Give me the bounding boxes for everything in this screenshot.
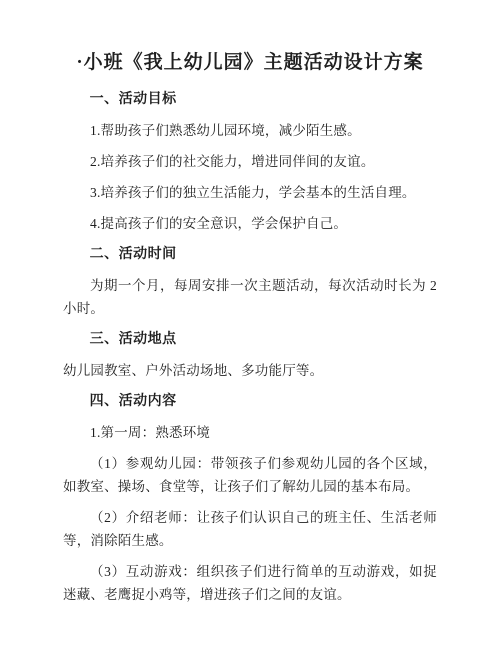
paragraph-goal-3: 3.培养孩子们的独立生活能力，学会基本的生活自理。 (63, 181, 437, 204)
document-title: ·小班《我上幼儿园》主题活动设计方案 (63, 50, 437, 76)
paragraph-week1-item-1: （1）参观幼儿园：带领孩子们参观幼儿园的各个区域，如教室、操场、食堂等，让孩子们… (63, 452, 437, 498)
document-page: ·小班《我上幼儿园》主题活动设计方案 一、活动目标 1.帮助孩子们熟悉幼儿园环境… (0, 0, 500, 647)
paragraph-goal-1: 1.帮助孩子们熟悉幼儿园环境，减少陌生感。 (63, 119, 437, 142)
paragraph-week1-item-3: （3）互动游戏：组织孩子们进行简单的互动游戏，如捉迷藏、老鹰捉小鸡等，增进孩子们… (63, 560, 437, 606)
section-heading-content: 四、活动内容 (63, 390, 437, 413)
paragraph-time-duration: 为期一个月，每周安排一次主题活动，每次活动时长为 2 小时。 (63, 274, 437, 320)
section-heading-time: 二、活动时间 (63, 243, 437, 266)
paragraph-week1-title: 1.第一周：熟悉环境 (63, 421, 437, 444)
section-heading-location: 三、活动地点 (63, 328, 437, 351)
paragraph-week1-item-2: （2）介绍老师：让孩子们认识自己的班主任、生活老师等，消除陌生感。 (63, 506, 437, 552)
paragraph-goal-2: 2.培养孩子们的社交能力，增进同伴间的友谊。 (63, 150, 437, 173)
section-heading-goals: 一、活动目标 (63, 88, 437, 111)
paragraph-goal-4: 4.提高孩子们的安全意识，学会保护自己。 (63, 212, 437, 235)
paragraph-location-list: 幼儿园教室、户外活动场地、多功能厅等。 (63, 359, 437, 382)
